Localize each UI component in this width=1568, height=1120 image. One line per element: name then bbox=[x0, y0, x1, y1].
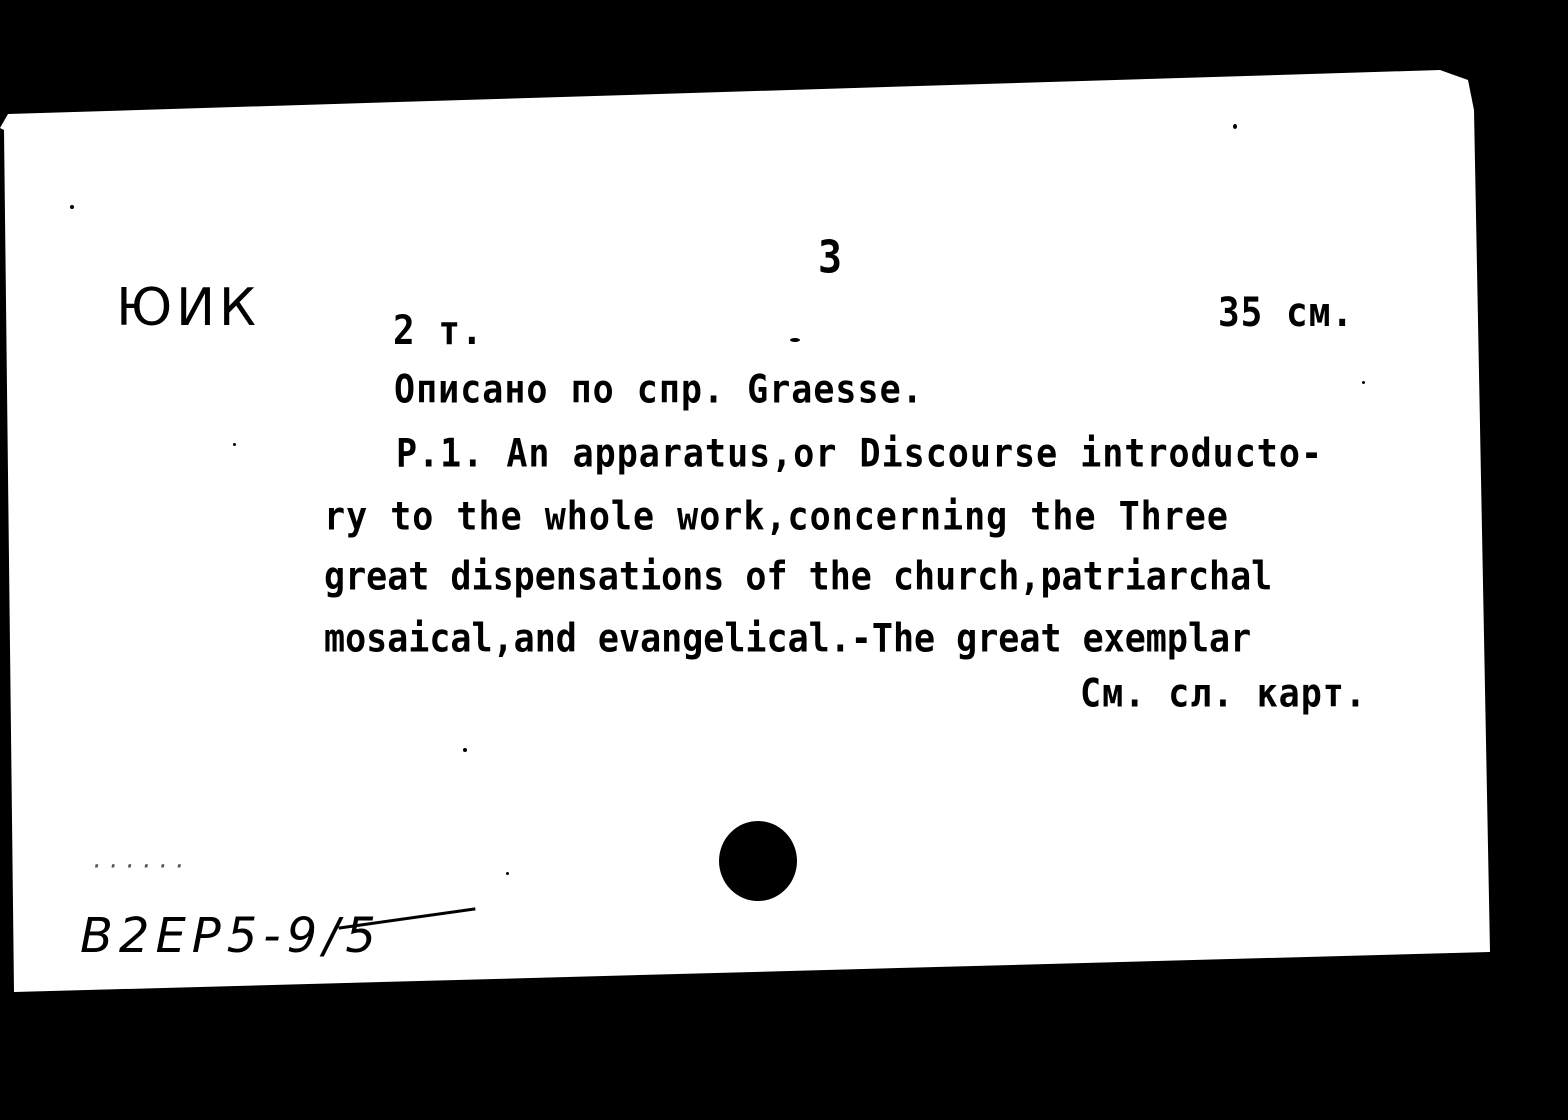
description-line: great dispensations of the church,patria… bbox=[324, 555, 1272, 600]
speck bbox=[1362, 381, 1365, 384]
speck bbox=[70, 205, 74, 209]
speck bbox=[1233, 124, 1237, 129]
speck bbox=[233, 443, 236, 446]
volume-count: 2 т. bbox=[393, 308, 484, 354]
faint-stamp: · · · · · · bbox=[92, 852, 183, 882]
size-cm: 35 см. bbox=[1218, 290, 1354, 336]
description-line: mosaical,and evangelical.-The great exem… bbox=[324, 617, 1251, 662]
card-top-number: 3 bbox=[818, 232, 843, 284]
speck bbox=[790, 338, 800, 342]
shelf-mark: B2EP5-9/5 bbox=[80, 908, 382, 964]
description-line: P.1. An apparatus,or Discourse introduct… bbox=[396, 432, 1323, 477]
description-line: ry to the whole work,concerning the Thre… bbox=[324, 495, 1229, 540]
punch-hole bbox=[719, 821, 797, 901]
handwritten-code: ЮИК bbox=[116, 278, 260, 338]
speck bbox=[463, 748, 467, 752]
speck bbox=[506, 872, 509, 875]
see-next-card: См. сл. карт. bbox=[1080, 672, 1367, 717]
described-from: Описано по спр. Graesse. bbox=[394, 368, 924, 413]
